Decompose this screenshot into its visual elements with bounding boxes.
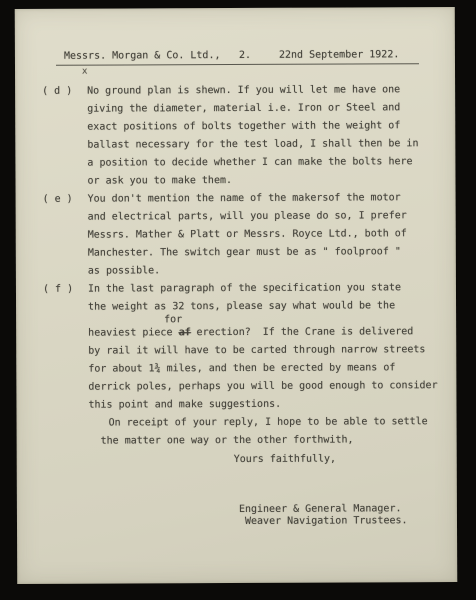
letter-body: ( d ) No ground plan is shewn. If you wi… — [42, 81, 450, 451]
paragraph-line: ballast necessary for the test load, I s… — [87, 135, 448, 155]
paragraph-line: derrick poles, perhaps you will be good … — [88, 377, 449, 397]
paragraph-line: as possible. — [88, 261, 449, 281]
paragraph-line: by rail it will have to be carted throug… — [88, 341, 449, 361]
paragraph-line: giving the diameter, material i.e. Iron … — [87, 99, 448, 119]
paragraph-line: In the last paragraph of the specificati… — [88, 279, 449, 299]
paragraph-line: No ground plan is shewn. If you will let… — [87, 81, 448, 101]
paragraph-line: for about 1¾ miles, and then be erected … — [88, 359, 449, 379]
struck-out-word: af — [178, 327, 190, 338]
paragraph-e: ( e ) You don't mention the name of the … — [43, 189, 449, 281]
letter-page: Messrs. Morgan & Co. Ltd., 2. 22nd Septe… — [15, 7, 458, 584]
header-page-number: 2. — [239, 50, 251, 61]
paragraph-line: this point and make suggestions. — [88, 395, 449, 415]
paragraph-line: the weight as 32 tons, please say what w… — [88, 297, 449, 317]
paragraph-line-with-correction: heaviest piece af erection? If the Crane… — [88, 323, 449, 343]
paragraph-line: or ask you to make them. — [87, 171, 448, 191]
paragraph-label: ( f ) — [43, 281, 73, 299]
paragraph-line: and electrical parts, will you please do… — [88, 207, 449, 227]
closing-paragraph: On receipt of your reply, I hope to be a… — [44, 413, 450, 451]
header-addressee: Messrs. Morgan & Co. Ltd., — [64, 50, 221, 62]
correction-pre-text: heaviest piece — [88, 327, 178, 338]
paragraph-d: ( d ) No ground plan is shewn. If you wi… — [42, 81, 448, 191]
paragraph-label: ( d ) — [42, 83, 72, 101]
pencil-mark: x — [82, 67, 87, 77]
closing-line: On receipt of your reply, I hope to be a… — [44, 413, 450, 433]
header-underline-rule — [56, 63, 419, 66]
paragraph-line: Messrs. Mather & Platt or Messrs. Royce … — [88, 225, 449, 245]
signature-role: Engineer & General Manager. — [239, 503, 408, 516]
paragraph-label: ( e ) — [43, 191, 73, 209]
signature-organisation: Weaver Navigation Trustees. — [245, 515, 408, 528]
paragraph-f: ( f ) In the last paragraph of the speci… — [43, 279, 450, 415]
paragraph-line: Manchester. The switch gear must be as "… — [88, 243, 449, 263]
paragraph-line: a position to decide whether I can make … — [87, 153, 448, 173]
paragraph-line: exact positions of bolts together with t… — [87, 117, 448, 137]
photo-background: Messrs. Morgan & Co. Ltd., 2. 22nd Septe… — [0, 0, 476, 600]
signature-block: Engineer & General Manager. Weaver Navig… — [239, 503, 408, 528]
paragraph-line: You don't mention the name of the makers… — [88, 189, 449, 209]
correction-post-text: erection? If the Crane is delivered — [190, 326, 413, 338]
header-date: 22nd September 1922. — [279, 49, 399, 61]
valediction: Yours faithfully, — [234, 454, 336, 465]
closing-line: the matter one way or the other forthwit… — [44, 431, 450, 451]
